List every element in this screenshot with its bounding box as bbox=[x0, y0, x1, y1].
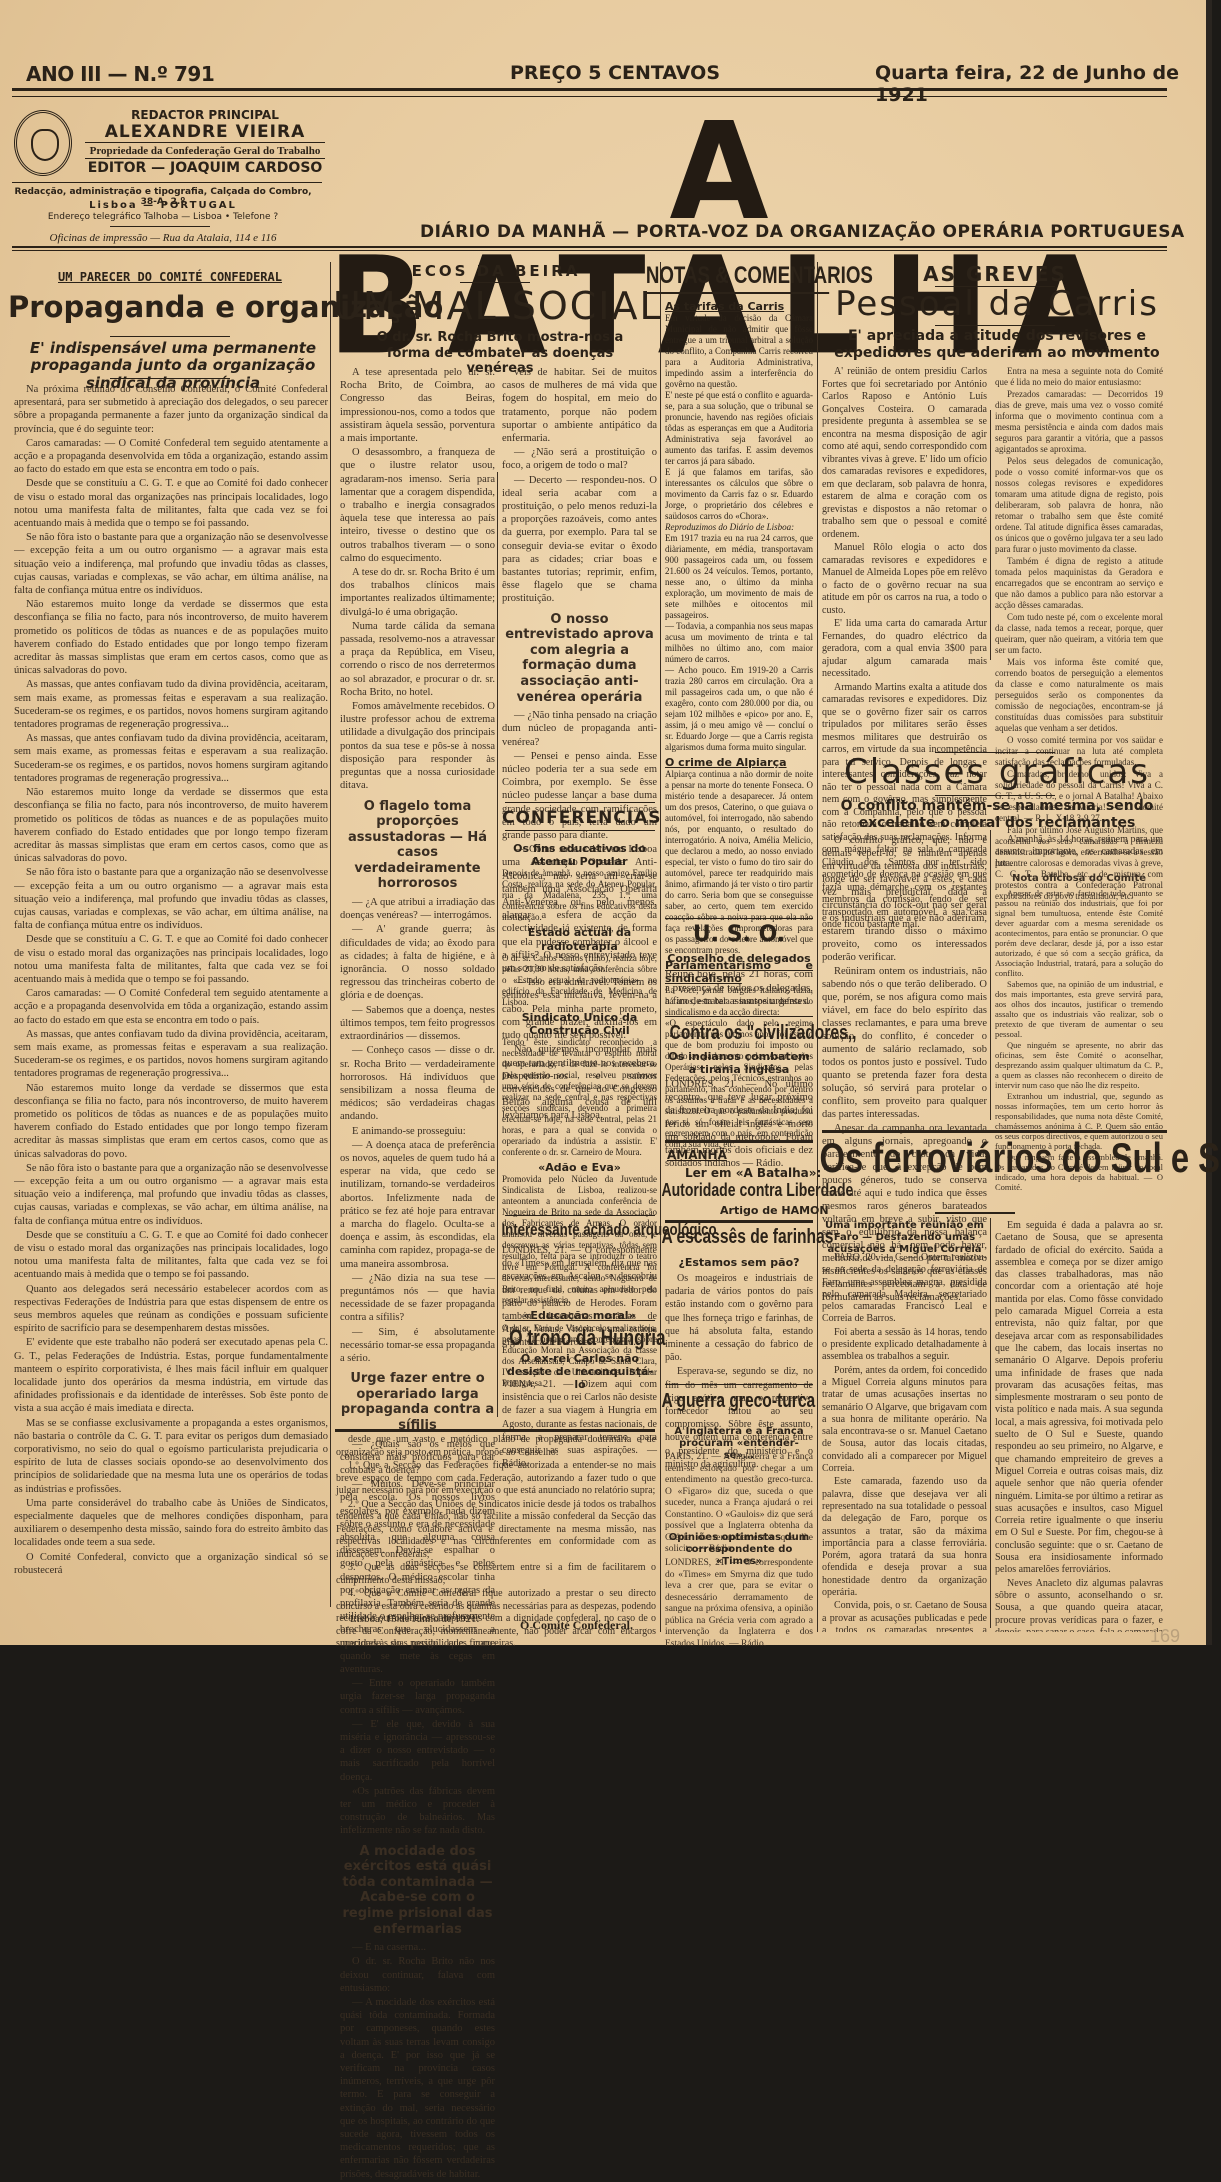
article-headline: CONFERENCIAS bbox=[502, 808, 657, 828]
article-body: Reúne hoje, pelas 21 horas, com a presen… bbox=[665, 968, 813, 1009]
divider bbox=[85, 142, 325, 143]
article-deck: O conflito mantém-se na mesma, sendo exc… bbox=[822, 798, 1172, 832]
article-kicker: ECOS DA BEIRA bbox=[340, 262, 652, 280]
paragraph: Caros camaradas: — O Comité Confederal t… bbox=[14, 987, 328, 1027]
note-title: O crime de Alpiarça bbox=[665, 756, 813, 769]
header-rule-thin bbox=[12, 96, 1167, 97]
printing-office: Oficinas de impressão — Rua da Atalaia, … bbox=[8, 232, 318, 244]
paragraph: Manuel Rôlo elogia o acto dos camaradas … bbox=[822, 542, 987, 617]
issue-date: Quarta feira, 22 de Junho de 1921 bbox=[875, 62, 1206, 106]
paragraph: Mais vos informa êste comité que, corren… bbox=[995, 657, 1163, 734]
paragraph: A' reünião de ontem presidiu Carlos Fort… bbox=[822, 366, 987, 541]
masthead-rule bbox=[12, 246, 1167, 248]
article-deck: E' apreciada a atitude dos revisores e e… bbox=[822, 328, 1172, 362]
paragraph: O desassombro, a franqueza de que o ilus… bbox=[340, 446, 495, 565]
article-headline: Os ferroviários do Sul e Sueste e a sua … bbox=[820, 1136, 1171, 1180]
column-divider bbox=[817, 262, 818, 1632]
paragraph: veis de habitar. Sei de muitos casos de … bbox=[502, 366, 657, 445]
paragraph: Reproduzimos do Diário de Lisboa: bbox=[665, 522, 813, 533]
divider bbox=[935, 1212, 1015, 1214]
divider bbox=[110, 378, 230, 379]
paragraph: Reüniram ontem os industriais, não saben… bbox=[822, 965, 987, 1121]
conference-title: Os fins educativos do Ateneu Popular bbox=[502, 842, 657, 868]
divider bbox=[110, 336, 230, 337]
divider bbox=[935, 795, 1055, 796]
paragraph: Caros camaradas: — O Comité Confederal t… bbox=[14, 437, 328, 477]
subheading: O flagelo toma proporções assustadoras —… bbox=[340, 799, 495, 893]
conference-title: Sindicato Unico da Construção Civil bbox=[502, 1011, 657, 1037]
column-divider bbox=[497, 472, 498, 1417]
paragraph: E' evidente que este trabalho não poderá… bbox=[14, 1336, 328, 1415]
article-body: FARO, 20. — C. — Ontem realizou-se na se… bbox=[822, 1252, 987, 1632]
article-deck: ¿Estamos sem pão? bbox=[665, 1256, 813, 1269]
paragraph: E animando-se prosseguiu: bbox=[340, 1125, 495, 1138]
paragraph: Neves Anacleto diz algumas palavras sôbr… bbox=[995, 1578, 1163, 1632]
paragraph: Tendo êste sindicato reconhecido a neces… bbox=[502, 1037, 657, 1158]
article-deck: Os indianos combatem a tirania inglêsa bbox=[665, 1050, 813, 1076]
paragraph: Desde que se constituíu a C. G. T. e que… bbox=[14, 933, 328, 986]
announcement-title: Autoridade contra Liberdade bbox=[661, 1180, 813, 1201]
paragraph: E' lida uma carta do camarada Artur Fern… bbox=[822, 618, 987, 681]
paragraph: O dr. sr. Carlos Santos (filho), realiza… bbox=[502, 953, 657, 1008]
divider bbox=[335, 1429, 655, 1432]
paragraph: Pelos seus delegados de comunicação, pod… bbox=[995, 456, 1163, 555]
newspaper-page: ANO III — N.º 791 PREÇO 5 CENTAVOS Quart… bbox=[0, 0, 1212, 1645]
note-title: As tarifas da Carris bbox=[665, 300, 813, 313]
announcement-author: Artigo de HAMON bbox=[720, 1204, 829, 1217]
article-headline: Pessoal da Carris bbox=[822, 284, 1172, 324]
paragraph: — Conheço casos — disse o dr. sr. Rocha … bbox=[340, 1044, 495, 1123]
paragraph: Desde que se constituíu a C. G. T. e que… bbox=[14, 477, 328, 530]
announcement-line: Ler em «A Batalha»: bbox=[685, 1166, 821, 1180]
conference-title: «Adão e Eva» bbox=[502, 1161, 657, 1174]
article-headline: A escassês de farinhas bbox=[661, 1226, 813, 1249]
conference-title: Estado actual da radioterápia bbox=[502, 926, 657, 952]
column-divider bbox=[330, 262, 331, 1607]
paragraph: — A' grande guerra; às dificuldades de v… bbox=[340, 923, 495, 1002]
paragraph: Os moageiros e industriais de padaria de… bbox=[665, 1272, 813, 1364]
paragraph: Se não fôra isto o bastante para que a o… bbox=[14, 531, 328, 597]
article-headline: Interessante achado arqueológico bbox=[501, 1220, 653, 1240]
paragraph: Prezados camaradas: — Decorridos 19 dias… bbox=[995, 389, 1163, 455]
paragraph: FARO, 20. — C. — Ontem realizou-se na se… bbox=[822, 1252, 987, 1326]
article-deck: Uma importante reünião em Faro — Desfaze… bbox=[822, 1220, 987, 1256]
paragraph: Não estaremos muito longe da verdade se … bbox=[14, 786, 328, 865]
divider bbox=[935, 325, 1055, 326]
article-headline: U. S. O. bbox=[665, 922, 813, 947]
paragraph: Em seguida é dada a palavra ao sr. Caeta… bbox=[995, 1220, 1163, 1577]
paragraph: O conflito gráfico, que, não é demais re… bbox=[822, 834, 987, 964]
note-title: Nota oficiosa do Comité bbox=[995, 873, 1163, 885]
paragraph: Entra na mesa a seguinte nota do Comité … bbox=[995, 366, 1163, 388]
paragraph: Com tudo neste pé, com o excelente moral… bbox=[995, 612, 1163, 656]
paragraph: E' neste pé que está o conflito e aguard… bbox=[665, 390, 813, 467]
paragraph: Porém, antes da ordem, foi concedido a M… bbox=[822, 1365, 987, 1476]
article-headline: Propaganda e organização bbox=[8, 290, 328, 324]
paragraph: Fomos amàvelmente recebidos. O ilustre p… bbox=[340, 700, 495, 792]
divider bbox=[665, 918, 813, 919]
divider bbox=[85, 158, 325, 159]
paragraph: — Acho pouco. Em 1919-20 a Carris trazia… bbox=[665, 665, 813, 753]
header-rule bbox=[12, 88, 1167, 91]
article-headline: A guerra greco-turca bbox=[661, 1390, 813, 1413]
paragraph: Também é digna de registo a atitude toma… bbox=[995, 556, 1163, 611]
article-body: Na próxima reünião do Conselho Confedera… bbox=[14, 383, 328, 1638]
paragraph: desde que um vasto e metódico plano de p… bbox=[336, 1434, 656, 1459]
divider bbox=[505, 1320, 655, 1321]
paragraph: — ¿Não dizia na sua tese — preguntámos n… bbox=[340, 1272, 495, 1325]
divider bbox=[822, 1130, 1167, 1133]
paragraph: Apesar de estar ao facto de tudo quanto … bbox=[995, 888, 1163, 978]
redactor-name: ALEXANDRE VIEIRA bbox=[85, 122, 325, 142]
article-body: LONDRES, 21. — O correspondente do «Time… bbox=[665, 1558, 813, 1650]
paragraph: A'manhã, às 14 horas, reúnem para um ass… bbox=[995, 834, 1163, 870]
article-kicker: UM PARECER DO COMITÉ CONFEDERAL bbox=[20, 270, 320, 284]
masthead-subtitle: DIÁRIO DA MANHÃ — PORTA-VOZ DA ORGANIZAÇ… bbox=[420, 222, 1185, 242]
paragraph: O Comité Confederal, convicto que a orga… bbox=[14, 1551, 328, 1577]
paragraph: Convida, pois, o sr. Caetano de Sousa a … bbox=[822, 1600, 987, 1632]
paragraph: Na próxima reünião do Conselho Confedera… bbox=[14, 383, 328, 436]
paragraph: — Sim, é absolutamente necessário tomar-… bbox=[340, 1326, 495, 1366]
divider bbox=[505, 830, 655, 831]
paragraph: — Decerto — respondeu-nos. O ideal seria… bbox=[502, 474, 657, 606]
paragraph: — ¿Não será a prostituição o foco, a ori… bbox=[502, 446, 657, 472]
paragraph: Desde que se constituíu a C. G. T. e que… bbox=[14, 1229, 328, 1282]
address-city: Lisboa — PORTUGAL bbox=[8, 200, 318, 211]
masthead-rule-thin bbox=[12, 250, 1167, 251]
paragraph: Não estaremos muito longe da verdade se … bbox=[14, 598, 328, 677]
column-divider bbox=[990, 830, 991, 1120]
paragraph: As massas, que antes confiavam tudo da d… bbox=[14, 732, 328, 785]
signature: O Comité Confederal. bbox=[520, 1618, 633, 1633]
divider bbox=[665, 1016, 813, 1017]
paragraph: — Pensei e penso ainda. Esse núcleo pode… bbox=[502, 750, 657, 842]
paragraph: Quanto aos delegados será necessário est… bbox=[14, 1283, 328, 1336]
paragraph: Numa tarde cálida da semana passada, res… bbox=[340, 620, 495, 699]
article-headline: Classes gráficas bbox=[822, 752, 1172, 792]
divider bbox=[505, 1215, 655, 1216]
ownership: Propriedade da Confederação Geral do Tra… bbox=[85, 145, 325, 157]
paragraph: — A doença ataca de preferência os novos… bbox=[340, 1139, 495, 1271]
paragraph: Mas se se confiasse exclusivamente a pro… bbox=[14, 1417, 328, 1496]
paragraph: Sabemos que, na opinião de um industrial… bbox=[995, 979, 1163, 1039]
paragraph: — ¿Não tinha pensado na criação dum núcl… bbox=[502, 709, 657, 749]
page-number: 169 bbox=[1150, 1626, 1180, 1647]
divider bbox=[110, 226, 210, 227]
paragraph: 3.º Que as duas secções se consertem ent… bbox=[336, 1562, 656, 1587]
paragraph: As massas, que antes confiavam tudo da d… bbox=[14, 678, 328, 731]
article-body-col2: Em seguida é dada a palavra ao sr. Caeta… bbox=[995, 1220, 1163, 1632]
paragraph: 2.º Que a Secção das Uniões de Sindicato… bbox=[336, 1499, 656, 1562]
cgt-seal-icon bbox=[14, 110, 72, 176]
paragraph: Em 1917 trazia eu na rua 24 carros, que … bbox=[665, 533, 813, 621]
divider bbox=[505, 802, 655, 803]
paragraph: A tese apresentada pelo dr. sr. Rocha Br… bbox=[340, 366, 495, 445]
paragraph: Se não fôra isto o bastante para que a o… bbox=[14, 1162, 328, 1228]
price: PREÇO 5 CENTAVOS bbox=[510, 62, 720, 84]
divider bbox=[665, 1384, 813, 1385]
article-headline: Contra os "civilizadores,, bbox=[670, 1022, 809, 1045]
column-divider bbox=[990, 410, 991, 660]
paragraph: Não estaremos muito longe da verdade se … bbox=[14, 1082, 328, 1161]
subheading: Urge fazer entre o operariado larga prop… bbox=[340, 1371, 495, 1433]
announcement-label: AMANHÃ bbox=[667, 1148, 727, 1162]
subheading: O nosso entrevistado aprova com alegria … bbox=[502, 612, 657, 706]
divider bbox=[665, 1220, 813, 1223]
column-divider bbox=[660, 262, 661, 1632]
paragraph: — ¿A que atribui a irradiação das doença… bbox=[340, 896, 495, 922]
paragraph: Depois de àmanhã, o nosso amigo Emílio C… bbox=[502, 868, 657, 923]
redactor-label: REDACTOR PRINCIPAL bbox=[105, 108, 305, 122]
paragraph: Que ninguém se apresente, no abrir das o… bbox=[995, 1040, 1163, 1090]
telegraph-address: Endereço telegráfico Talhoba — Lisboa • … bbox=[8, 212, 318, 222]
paragraph: Se não fôra isto o bastante para que a o… bbox=[14, 866, 328, 932]
divider bbox=[665, 1140, 813, 1143]
paragraph: 1.º Que a Secção das Federações fique au… bbox=[336, 1460, 656, 1498]
paragraph: Este camarada, fazendo uso da palavra, d… bbox=[822, 1476, 987, 1599]
paragraph: A tese do dr. sr. Rocha Brito é um dos t… bbox=[340, 566, 495, 619]
column-headline: NOTAS & COMENTARIOS bbox=[646, 262, 829, 294]
paragraph: — Todavia, a companhia nos seus mapas ac… bbox=[665, 621, 813, 665]
article-deck: Conselho de delegados bbox=[665, 952, 813, 965]
paragraph: As massas, que antes confiavam tudo da d… bbox=[14, 1028, 328, 1081]
paragraph: — Sabemos que a doença, nestes últimos t… bbox=[340, 1004, 495, 1044]
paragraph: Foi aberta a sessão às 14 horas, tendo o… bbox=[822, 1327, 987, 1364]
divider bbox=[460, 282, 530, 283]
paragraph: Uma parte considerável do trabalho cabe … bbox=[14, 1497, 328, 1550]
column-divider bbox=[990, 1218, 991, 1628]
issue-number: ANO III — N.º 791 bbox=[26, 62, 214, 86]
article-kicker: AS GREVES bbox=[830, 262, 1160, 286]
divider bbox=[12, 182, 322, 183]
article-headline: O trono da Hungria bbox=[509, 1325, 646, 1351]
article-headline: UM MAL SOCIAL bbox=[333, 284, 659, 328]
paragraph: Em virtude da decisão da Câmara Municipa… bbox=[665, 313, 813, 390]
editor: EDITOR — JOAQUIM CARDOSO bbox=[85, 160, 325, 176]
place-date: Lisboa, 15 de Junho de 1921. bbox=[350, 1613, 479, 1625]
paragraph: E já que falamos em tarifas, são interes… bbox=[665, 467, 813, 522]
